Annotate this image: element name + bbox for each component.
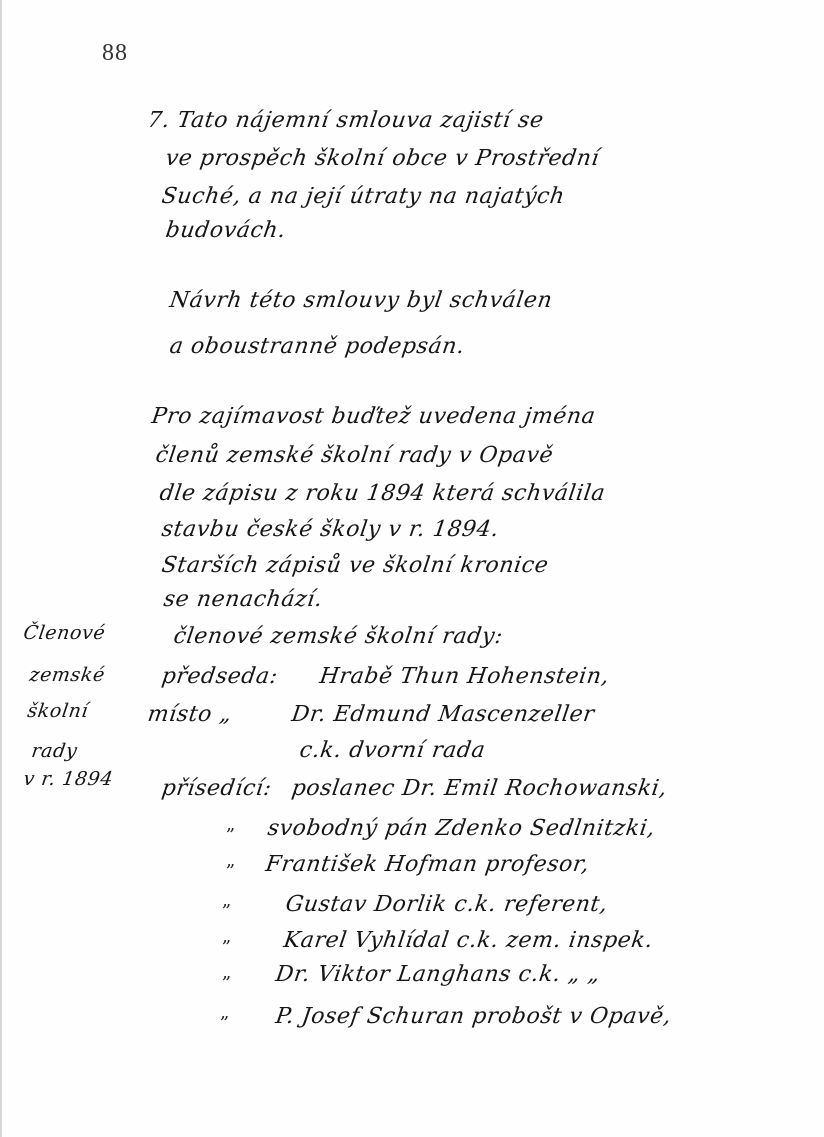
member-name: poslanec Dr. Emil Rochowanski, (290, 776, 669, 801)
ditto-mark: „ (222, 926, 231, 947)
member-role: přísedící: (160, 776, 273, 801)
scan-edge (0, 0, 2, 1137)
ditto-mark: „ (220, 1002, 229, 1023)
text-line: členů zemské školní rady v Opavě (154, 443, 555, 468)
member-name: Gustav Dorlik c.k. referent, (284, 892, 609, 917)
member-name: Hrabě Thun Hohenstein, (318, 664, 611, 689)
text-line: dle zápisu z roku 1894 která schválila (158, 481, 607, 506)
member-name: Dr. Viktor Langhans c.k. „ „ (274, 962, 602, 987)
ditto-mark: „ (226, 814, 235, 835)
margin-line: Členové (22, 622, 107, 644)
text-line: stavbu české školy v r. 1894. (160, 517, 501, 542)
member-name: František Hofman profesor, (264, 852, 591, 877)
text-line: Pro zajímavost buďtež uvedena jména (150, 404, 597, 429)
text-line: a oboustranně podepsán. (168, 334, 466, 359)
member-name: Dr. Edmund Mascenzeller (290, 702, 596, 727)
member-name: Karel Vyhlídal c.k. zem. inspek. (282, 928, 655, 953)
margin-line: v r. 1894 (22, 768, 115, 790)
member-name: c.k. dvorní rada (298, 738, 487, 763)
text-line: Suché, a na její útraty na najatých (160, 184, 566, 209)
text-line: budovách. (164, 218, 288, 243)
member-role: místo „ (146, 702, 233, 727)
ditto-mark: „ (226, 850, 235, 871)
text-line: ve prospěch školní obce v Prostřední (164, 146, 601, 171)
page-number: 88 (102, 40, 128, 67)
member-name: P. Josef Schuran probošt v Opavě, (274, 1004, 673, 1029)
scanned-document-page: 88 7. Tato nájemní smlouva zajistí se ve… (0, 0, 824, 1137)
member-role: předseda: (160, 664, 280, 689)
ditto-mark: „ (222, 890, 231, 911)
members-heading: členové zemské školní rady: (172, 624, 505, 649)
margin-line: rady (30, 740, 79, 762)
margin-line: zemské (28, 664, 106, 686)
text-line: se nenachází. (162, 587, 324, 612)
margin-line: školní (26, 700, 90, 722)
text-line: Návrh této smlouvy byl schválen (168, 288, 554, 313)
text-line: Starších zápisů ve školní kronice (160, 553, 550, 578)
ditto-mark: „ (222, 962, 231, 983)
text-line: 7. Tato nájemní smlouva zajistí se (146, 108, 545, 133)
member-name: svobodný pán Zdenko Sedlnitzki, (266, 816, 657, 841)
